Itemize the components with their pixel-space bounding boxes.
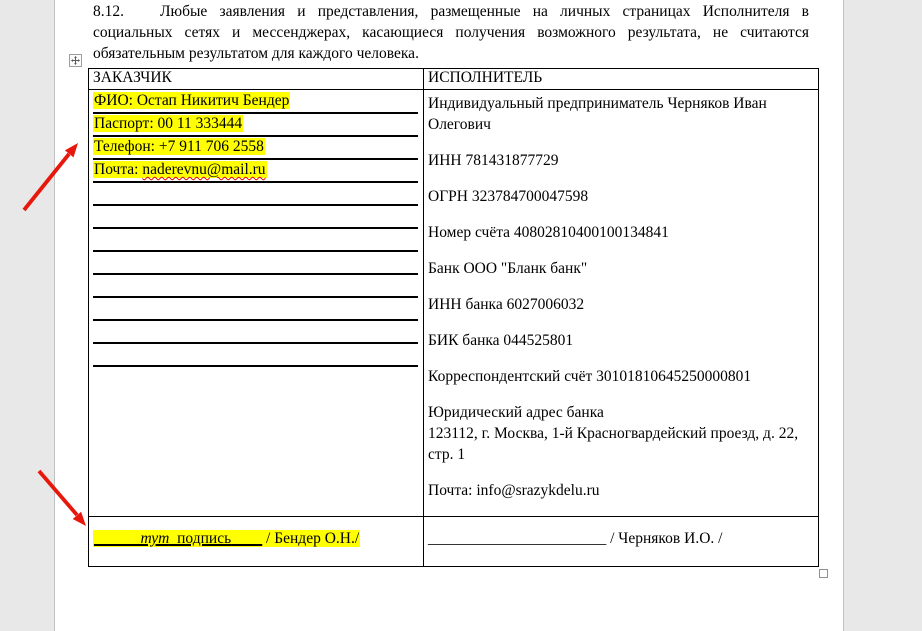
clause-paragraph: 8.12.Любые заявления и представления, ра… (93, 0, 809, 64)
contractor-signature-cell[interactable]: _______________________ / Черняков И.О. … (424, 517, 819, 567)
signature-table-wrap: ЗАКАЗЧИК ИСПОЛНИТЕЛЬ ФИО: Остап Никитич … (88, 68, 819, 567)
customer-field-passport[interactable]: Паспорт: 00 11 333444 (93, 114, 418, 137)
signature-placeholder-italic: тут (141, 530, 170, 547)
customer-signature-name: / Бендер О.Н./ (262, 530, 359, 547)
contractor-signature-name: / Черняков И.О. / (606, 530, 722, 547)
contractor-paragraph-6: БИК банка 044525801 (428, 330, 812, 351)
customer-email-misspelled: naderevnu@mail.ru (142, 161, 265, 178)
contractor-paragraph-0: Индивидуальный предприниматель Черняков … (428, 93, 812, 135)
highlighted-text: Почта: naderevnu@mail.ru (93, 161, 267, 178)
contractor-paragraph-8: Юридический адрес банка 123112, г. Москв… (428, 402, 812, 465)
clause-text: Любые заявления и представления, размеще… (93, 3, 809, 62)
document-page: 8.12.Любые заявления и представления, ра… (54, 0, 844, 631)
customer-blank-line[interactable] (93, 344, 418, 367)
move-cross-icon (71, 56, 80, 65)
table-content-row: ФИО: Остап Никитич БендерПаспорт: 00 11 … (89, 90, 819, 517)
contractor-details-cell[interactable]: Индивидуальный предприниматель Черняков … (424, 90, 819, 517)
customer-field-phone[interactable]: Телефон: +7 911 706 2558 (93, 137, 418, 160)
customer-blank-line[interactable] (93, 206, 418, 229)
table-resize-handle[interactable] (819, 569, 828, 578)
customer-fields: ФИО: Остап Никитич БендерПаспорт: 00 11 … (93, 91, 418, 367)
customer-signature-cell[interactable]: ______тут_подпись____ / Бендер О.Н./ (89, 517, 424, 567)
clause-number: 8.12. (93, 3, 124, 20)
contractor-paragraph-2: ОГРН 323784700047598 (428, 186, 812, 207)
highlighted-text: Паспорт: 00 11 333444 (93, 115, 243, 132)
signature-trail-underscores: ____ (231, 530, 262, 547)
customer-blank-line[interactable] (93, 275, 418, 298)
table-signature-row: ______тут_подпись____ / Бендер О.Н./ ___… (89, 517, 819, 567)
requisites-table: ЗАКАЗЧИК ИСПОЛНИТЕЛЬ ФИО: Остап Никитич … (88, 68, 819, 567)
table-header-row: ЗАКАЗЧИК ИСПОЛНИТЕЛЬ (89, 69, 819, 90)
customer-field-email[interactable]: Почта: naderevnu@mail.ru (93, 160, 418, 183)
signature-placeholder-rest: _подпись (169, 530, 231, 547)
signature-lead-underscores: ______ (94, 530, 141, 547)
contractor-details: Индивидуальный предприниматель Черняков … (428, 93, 812, 501)
highlighted-text: ФИО: Остап Никитич Бендер (93, 92, 290, 109)
customer-blank-line[interactable] (93, 252, 418, 275)
highlighted-text: Телефон: +7 911 706 2558 (93, 138, 265, 155)
table-move-handle[interactable] (69, 54, 82, 67)
contractor-paragraph-1: ИНН 781431877729 (428, 150, 812, 171)
contractor-paragraph-9: Почта: info@srazykdelu.ru (428, 480, 812, 501)
customer-details-cell[interactable]: ФИО: Остап Никитич БендерПаспорт: 00 11 … (89, 90, 424, 517)
customer-blank-line[interactable] (93, 321, 418, 344)
customer-field-fio[interactable]: ФИО: Остап Никитич Бендер (93, 91, 418, 114)
contractor-paragraph-7: Корреспондентский счёт 30101810645250000… (428, 366, 812, 387)
contractor-paragraph-3: Номер счёта 40802810400100134841 (428, 222, 812, 243)
customer-blank-line[interactable] (93, 229, 418, 252)
word-document-view: 8.12.Любые заявления и представления, ра… (0, 0, 922, 631)
contractor-header-label: ИСПОЛНИТЕЛЬ (428, 69, 542, 86)
contractor-paragraph-4: Банк ООО "Бланк банк" (428, 258, 812, 279)
customer-header-label: ЗАКАЗЧИК (93, 69, 172, 86)
contractor-signature-line: _______________________ (428, 530, 606, 547)
customer-signature-highlight: ______тут_подпись____ / Бендер О.Н./ (93, 530, 360, 547)
customer-blank-line[interactable] (93, 183, 418, 206)
contractor-header-cell: ИСПОЛНИТЕЛЬ (424, 69, 819, 90)
contractor-paragraph-5: ИНН банка 6027006032 (428, 294, 812, 315)
customer-header-cell: ЗАКАЗЧИК (89, 69, 424, 90)
customer-blank-line[interactable] (93, 298, 418, 321)
